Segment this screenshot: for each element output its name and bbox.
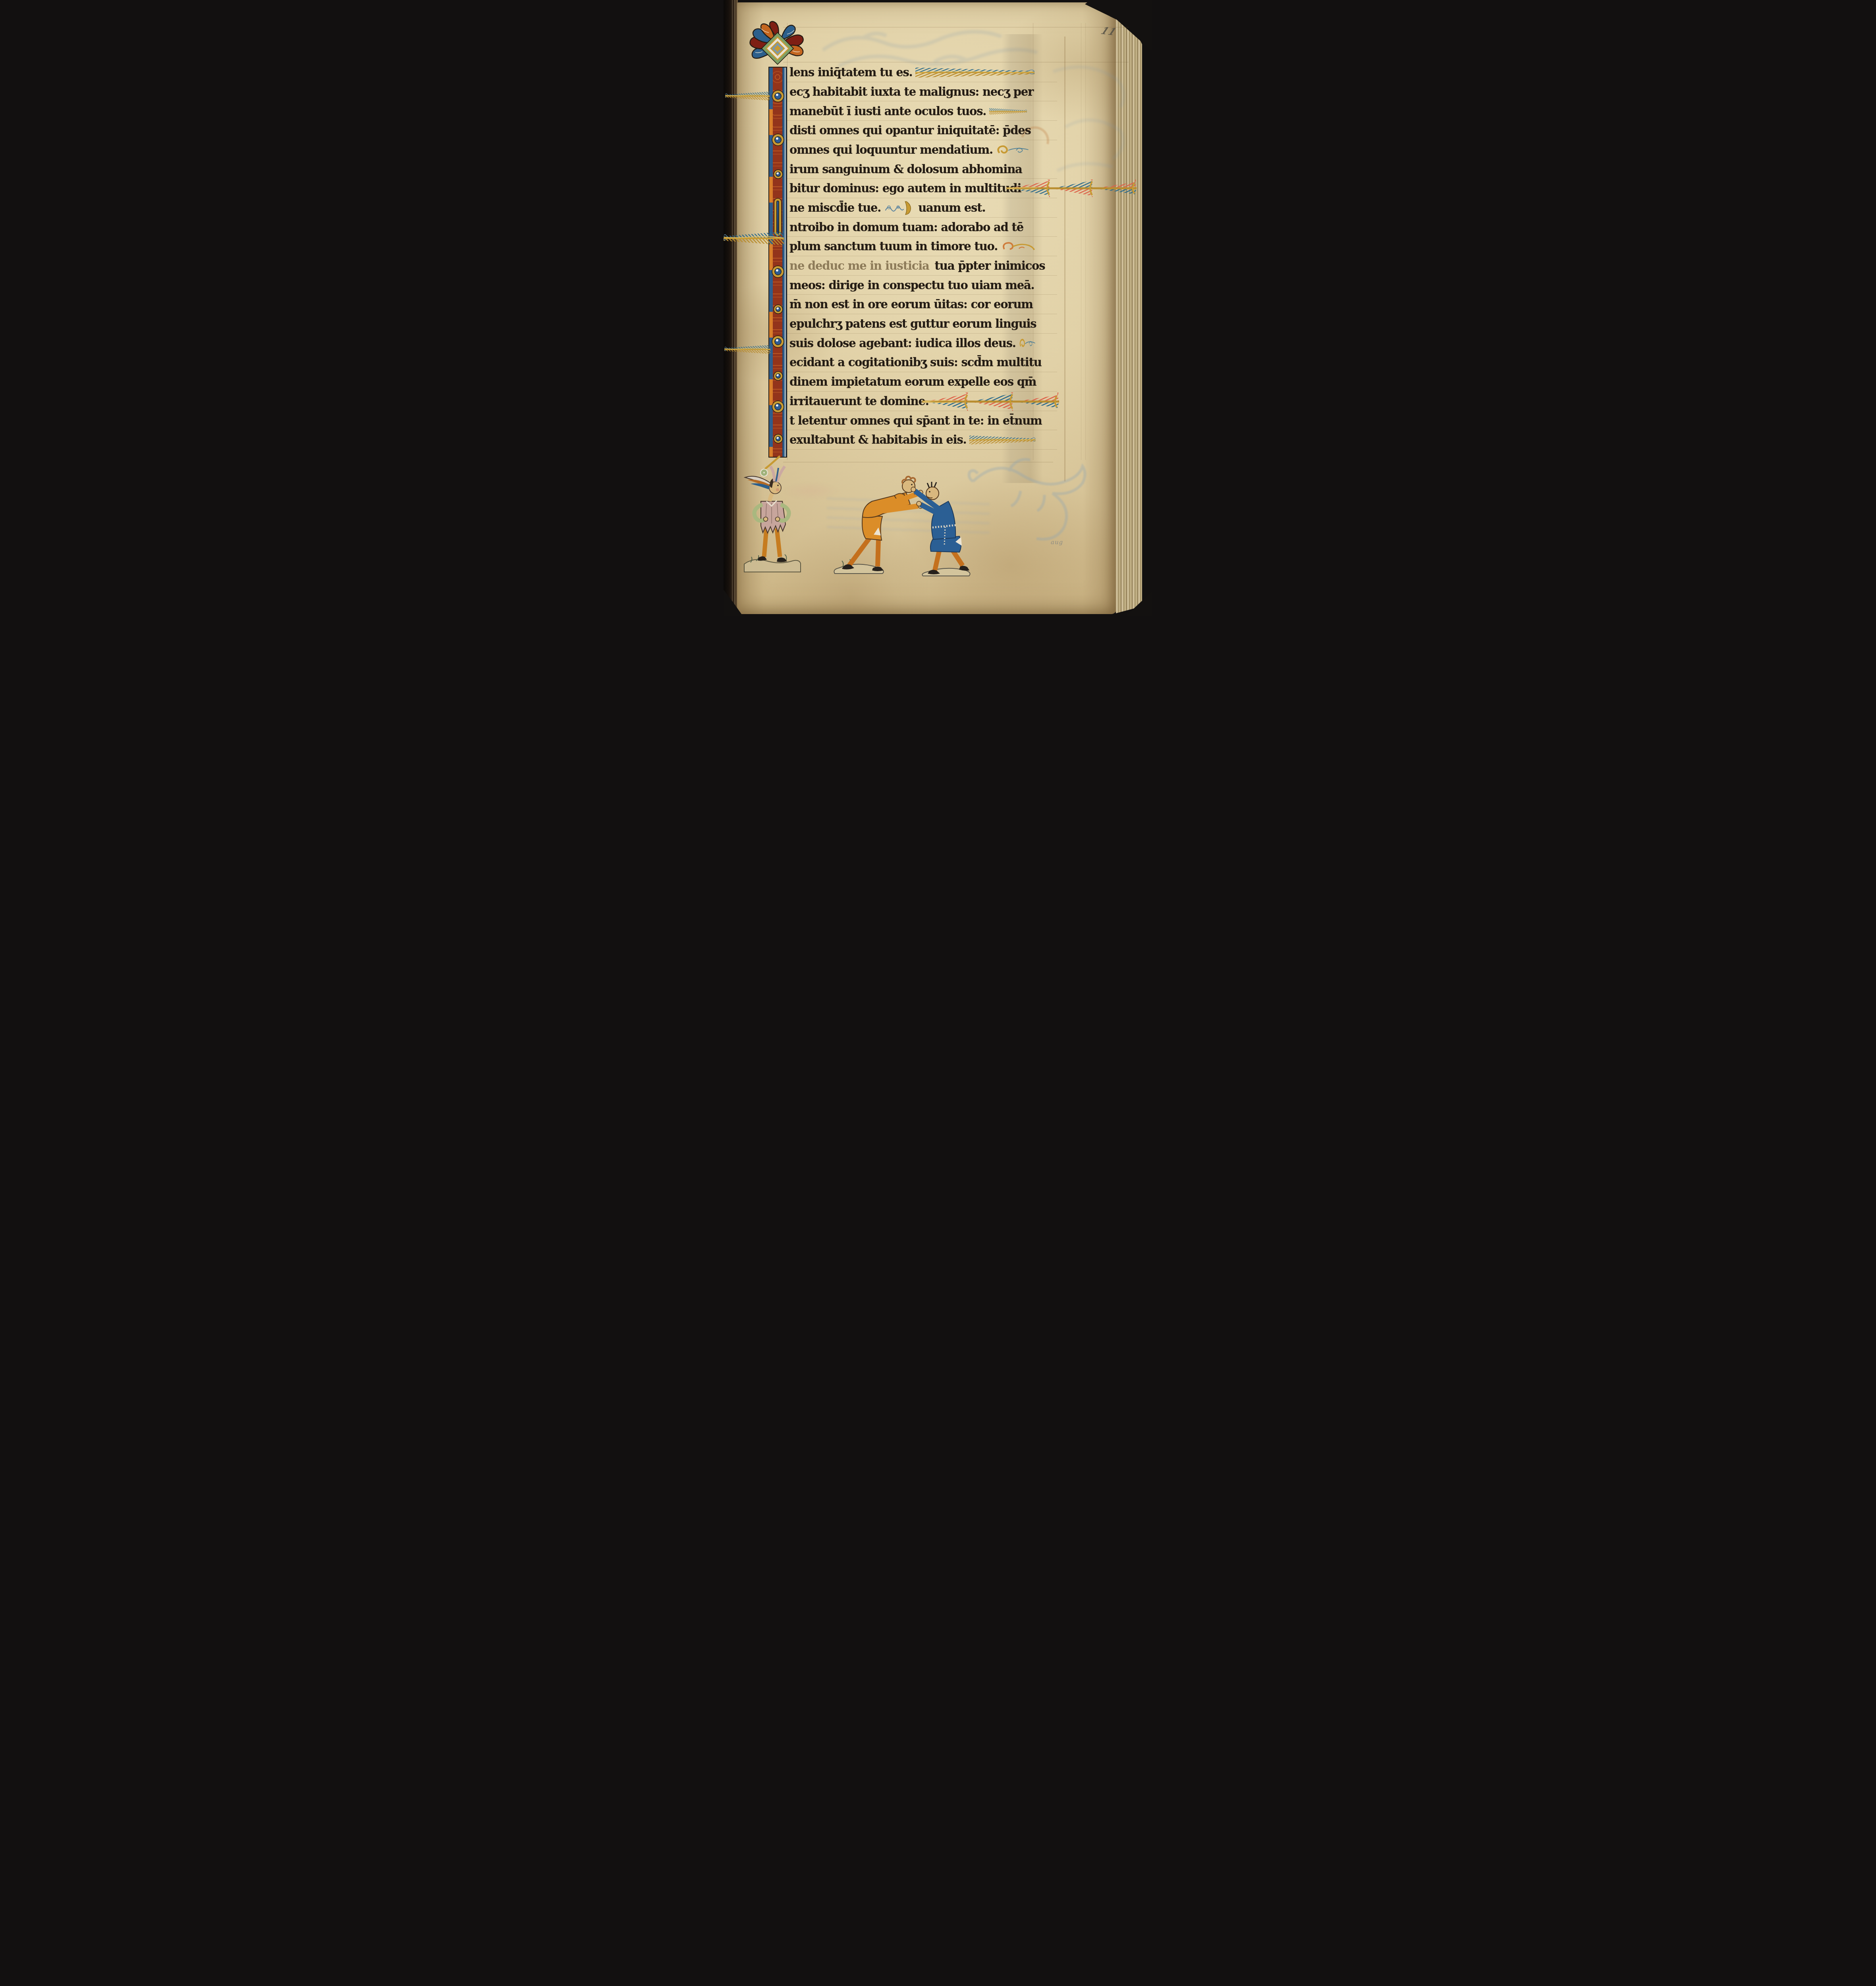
text-line: meos: dirige in conspectu tuo uiam meā.	[789, 276, 1036, 295]
psalm-line: meos: dirige in conspectu tuo uiam meā.	[789, 279, 1034, 291]
psalm-line: irum sanguinum & dolosum abhomina	[789, 163, 1022, 175]
psalm-line: ntroibo in domum tuam: adorabo ad tē	[789, 221, 1023, 233]
text-line: ecidant a cogitationibʒ suis: scd̄m mult…	[789, 353, 1036, 372]
illuminated-border-bar	[768, 67, 787, 458]
text-line: bitur dominus: ego autem in multitudi	[789, 179, 1036, 198]
psalm-line: plum sanctum tuum in timore tuo.	[789, 240, 998, 252]
psalm-line: suis dolose agebant: iudica illos deus.	[789, 337, 1016, 349]
bar-versal-medallion	[772, 134, 784, 145]
psalm-line: disti omnes qui opantur iniquitatē: p̄de…	[789, 124, 1031, 136]
margin-spray-icon	[725, 90, 770, 102]
psalm-line: bitur dominus: ego autem in multitudi	[789, 182, 1021, 194]
ruling-line	[783, 62, 1129, 62]
marginal-annotation: aug	[1051, 539, 1063, 546]
text-line: lens iniq̄tatem tu es.	[789, 63, 1036, 82]
two-men-fighting-figure	[823, 468, 979, 584]
bar-versal-medallion	[772, 401, 784, 412]
bar-versal-medallion	[772, 266, 784, 277]
line-filler-curl-icon	[1019, 337, 1036, 350]
text-line: m̄ non est in ore eorum ūitas: cor eorum	[789, 295, 1036, 314]
bar-versal-medallion	[774, 305, 782, 313]
psalm-text-block: lens iniq̄tatem tu es. ecʒ habitabit iux…	[789, 63, 1036, 450]
parchment-stain-line	[1064, 37, 1065, 481]
psalm-line: lens iniq̄tatem tu es.	[789, 66, 912, 78]
psalm-line: t letentur omnes qui sp̄ant in te: in et…	[789, 415, 1042, 427]
margin-spray-icon	[724, 343, 770, 355]
faint-dragon-showthrough	[961, 443, 1101, 559]
ruling-line	[783, 27, 1129, 27]
psalm-line: ne miscd̄ie tue.	[789, 202, 881, 214]
psalm-line: m̄ non est in ore eorum ūitas: cor eorum	[789, 298, 1033, 310]
text-line: disti omnes qui opantur iniquitatē: p̄de…	[789, 121, 1036, 140]
psalm-line: exultabunt & habitabis in eis.	[789, 434, 966, 446]
psalm-line: epulchrʒ patens est guttur eorum linguis	[789, 318, 1036, 330]
psalm-line: manebūt ī iusti ante oculos tuos.	[789, 105, 986, 117]
psalm-line: ecʒ habitabit iuxta te malignus: necʒ pe…	[789, 86, 1033, 98]
ruling-line	[787, 23, 787, 460]
ruling-line	[1085, 23, 1086, 460]
bar-versal-medallion	[774, 435, 782, 443]
text-line: plum sanctum tuum in timore tuo.	[789, 237, 1036, 256]
text-line: ntroibo in domum tuam: adorabo ad tē	[789, 218, 1036, 237]
bar-versal-medallion	[772, 91, 784, 102]
line-filler-scroll-icon	[884, 200, 916, 215]
line-filler-curl-icon	[996, 143, 1030, 156]
text-line: suis dolose agebant: iudica illos deus.	[789, 334, 1036, 353]
margin-spray-icon	[724, 229, 784, 247]
text-line: ne miscd̄ie tue. uanum est.	[789, 198, 1036, 218]
psalm-line: ecidant a cogitationibʒ suis: scd̄m mult…	[789, 356, 1042, 368]
ruling-line	[1081, 23, 1081, 460]
text-line: epulchrʒ patens est guttur eorum linguis	[789, 314, 1036, 334]
text-line: dinem impietatum eorum expelle eos qm̄	[789, 372, 1036, 392]
plumed-winged-man-figure	[742, 465, 802, 573]
bar-versal-medallion	[774, 372, 782, 380]
line-filler-curl-icon	[1001, 240, 1036, 253]
psalm-line-erased: ne deduc me in iusticia	[789, 260, 929, 272]
psalm-line: uanum est.	[918, 202, 985, 214]
text-line: omnes qui loquuntur mendatium.	[789, 140, 1036, 160]
psalm-line: dinem impietatum eorum expelle eos qm̄	[789, 376, 1036, 388]
psalm-line: irritauerunt te domine.	[789, 395, 929, 407]
bar-filigree-panel	[773, 68, 782, 457]
bar-versal-medallion	[774, 170, 782, 178]
line-filler-plume-icon	[989, 107, 1027, 116]
bar-versal-medallion	[772, 336, 784, 347]
bar-right-strip	[782, 68, 786, 457]
line-filler-banner-icon	[1006, 180, 1137, 197]
text-line: ne deduc me in iusticia tua p̄pter inimi…	[789, 256, 1036, 276]
text-line: manebūt ī iusti ante oculos tuos.	[789, 101, 1036, 121]
text-line: ecʒ habitabit iuxta te malignus: necʒ pe…	[789, 82, 1036, 102]
psalm-line: tua p̄pter inimicos	[935, 260, 1045, 272]
line-filler-banner-icon	[922, 392, 1059, 411]
text-line: t letentur omnes qui sp̄ant in te: in et…	[789, 411, 1036, 430]
psalm-line: omnes qui loquuntur mendatium.	[789, 144, 993, 156]
line-filler-plume-icon	[915, 66, 1035, 79]
text-line: irum sanguinum & dolosum abhomina	[789, 159, 1036, 179]
manuscript-photo: 11	[724, 0, 1152, 616]
bar-left-strip	[769, 68, 773, 457]
